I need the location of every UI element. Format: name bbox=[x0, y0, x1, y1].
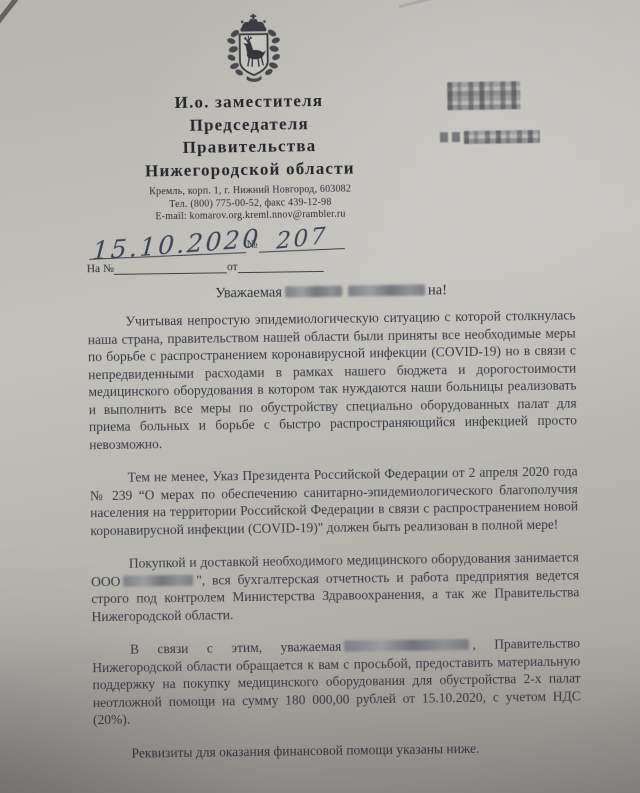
letter-body: Учитывая непростую эпидемиологическую си… bbox=[87, 306, 581, 762]
body-paragraph-4: В связи с этим, уважаемая, Правительство… bbox=[92, 634, 581, 728]
redacted-addressee-name bbox=[344, 639, 469, 652]
redacted-patronymic bbox=[348, 285, 425, 297]
letter-page: И.о. заместителя Председателя Правительс… bbox=[0, 0, 640, 793]
letterhead-address: Кремль, корп. 1, г. Нижний Новгород, 603… bbox=[53, 182, 448, 225]
handwritten-number: 207 bbox=[276, 223, 328, 255]
coat-of-arms-icon bbox=[205, 12, 302, 89]
reply-from-underline bbox=[238, 258, 324, 273]
letterhead-title-line: Нижегородской области bbox=[52, 156, 447, 184]
photo-background: И.о. заместителя Председателя Правительс… bbox=[0, 0, 640, 793]
redacted-recipient-fragment bbox=[452, 132, 460, 142]
reply-from-label: от bbox=[227, 261, 238, 273]
reply-number-underline bbox=[114, 259, 227, 275]
salutation-line: Уважаемаяна! bbox=[87, 280, 575, 304]
date-number-line: 15.10.2020 № 207 bbox=[88, 218, 345, 260]
redacted-first-name bbox=[285, 286, 342, 298]
salutation-suffix: на! bbox=[428, 282, 447, 298]
paragraph-4-text: В связи с этим, уважаемая bbox=[130, 639, 342, 657]
redacted-recipient-line bbox=[464, 130, 540, 144]
salutation-prefix: Уважаемая bbox=[215, 285, 282, 302]
number-underline: 207 bbox=[258, 218, 345, 253]
date-underline: 15.10.2020 bbox=[88, 222, 246, 260]
body-paragraph-1: Учитывая непростую эпидемиологическую си… bbox=[87, 306, 577, 453]
letterhead-title: И.о. заместителя Председателя Правительс… bbox=[51, 88, 447, 184]
redacted-company-name bbox=[123, 574, 193, 586]
body-paragraph-3: Покупкой и доставкой необходимого медици… bbox=[91, 548, 580, 625]
closing-line: Реквизиты для оказания финансовой помощи… bbox=[93, 738, 581, 762]
body-paragraph-2: Тем не менее, Указ Президента Российской… bbox=[90, 462, 579, 539]
reply-number-label: На № bbox=[87, 263, 114, 275]
redacted-recipient-block bbox=[447, 81, 520, 110]
reply-reference-line: На №от bbox=[87, 258, 324, 275]
